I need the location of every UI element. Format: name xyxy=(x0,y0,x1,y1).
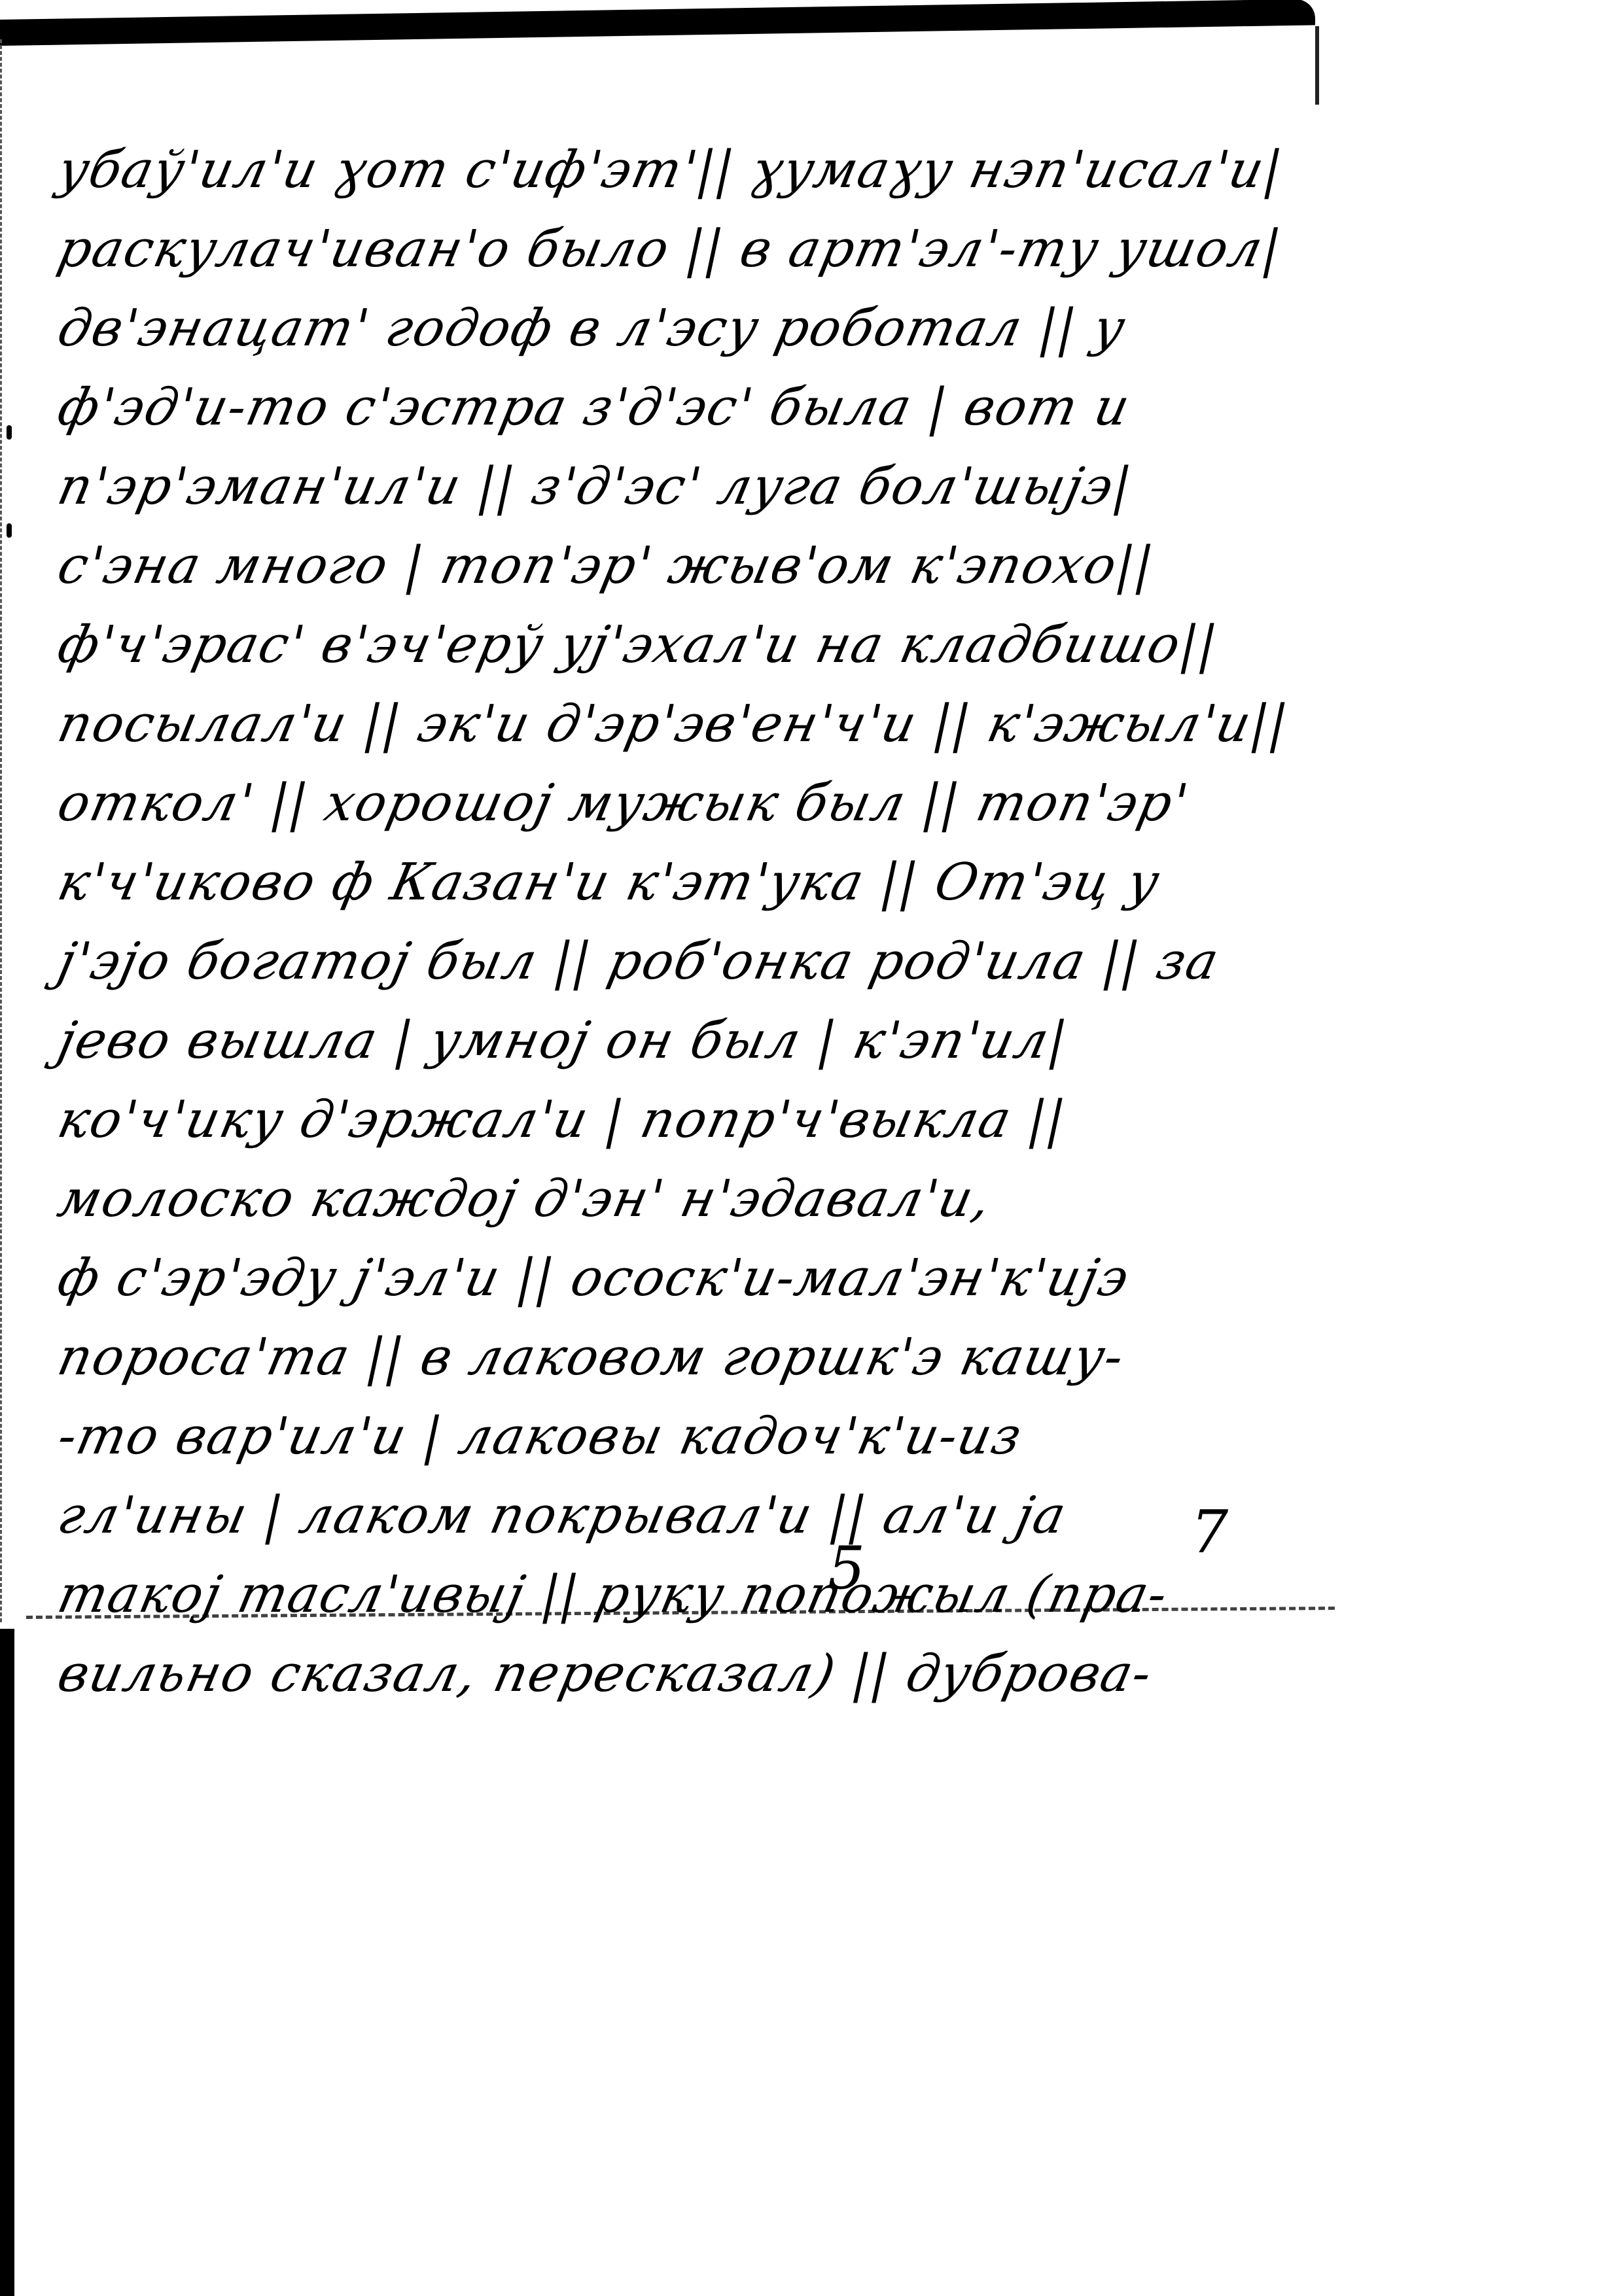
text-line: п'эр'эман'ил'и || з'д'эс' луга бол'шыјэ| xyxy=(50,447,1311,527)
scan-border xyxy=(0,1629,14,2296)
text-line: пороса'та || в лаковом горшк'э кашу- xyxy=(50,1318,1311,1397)
text-line: ко'ч'ику д'эржал'и | попр'ч'выкла || xyxy=(50,1081,1311,1160)
text-line: с'эна много | топ'эр' жыв'ом к'эпохо|| xyxy=(50,527,1311,606)
page-top-shadow xyxy=(0,0,1315,46)
archive-number: 7 xyxy=(1191,1498,1228,1567)
handwritten-text-block: убаў'ил'и ɣот с'иф'эт'|| ɣумаɣу нэп'исал… xyxy=(59,131,1302,1714)
text-line: ф'ч'эрас' в'эч'ерў уј'эхал'и на кладбишо… xyxy=(50,606,1311,685)
text-line: дв'энацат' годоф в л'эсу роботал || у xyxy=(50,289,1311,368)
text-line: ф с'эр'эду ј'эл'и || ососк'и-мал'эн'к'иј… xyxy=(50,1239,1311,1318)
text-line: такој тасл'ивыј || руку попожыл (пра- xyxy=(50,1556,1311,1635)
text-line: посылал'и || эк'и д'эр'эв'ен'ч'и || к'эж… xyxy=(50,685,1311,764)
text-line: убаў'ил'и ɣот с'иф'эт'|| ɣумаɣу нэп'исал… xyxy=(50,131,1311,210)
left-margin-line xyxy=(0,39,4,1622)
scanned-page: убаў'ил'и ɣот с'иф'эт'|| ɣумаɣу нэп'исал… xyxy=(0,0,1607,2296)
text-line: -то вар'ил'и | лаковы кадоч'к'и-из xyxy=(50,1397,1311,1476)
text-line: вильно сказал, пересказал) || дуброва- xyxy=(50,1635,1311,1714)
margin-mark xyxy=(7,425,12,440)
page-number: 5 xyxy=(828,1534,865,1603)
text-line: јево вышла | умној он был | к'эп'ил| xyxy=(50,1001,1311,1081)
margin-mark xyxy=(7,523,12,538)
text-line: ј'эјо богатој был || роб'онка род'ила ||… xyxy=(50,922,1311,1001)
text-line: раскулач'иван'о было || в арт'эл'-ту ушо… xyxy=(50,210,1311,289)
text-line: откол' || хорошој мужык был || топ'эр' xyxy=(50,764,1311,843)
text-line: к'ч'иково ф Казан'и к'эт'ука || От'эц у xyxy=(50,843,1311,922)
text-line: ф'эд'и-то с'эстра з'д'эс' была | вот и xyxy=(50,368,1311,447)
text-line: гл'ины | лаком покрывал'и || ал'и ја xyxy=(50,1476,1311,1556)
page-right-edge xyxy=(1315,26,1319,105)
text-line: молоско каждој д'эн' н'эдавал'и, xyxy=(50,1160,1311,1239)
